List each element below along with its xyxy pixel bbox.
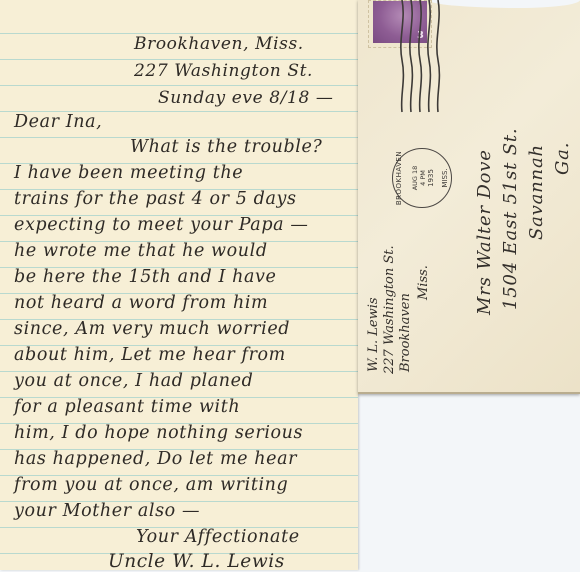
letter-line: you at once, I had planed <box>14 371 253 391</box>
postmark-time: 4 PM <box>419 149 427 207</box>
letter-line: be here the 15th and I have <box>14 267 276 287</box>
postmark-date: AUG 18 <box>411 149 419 207</box>
recipient-name: Mrs Walter Dove <box>474 149 495 315</box>
letter-heading-city: Brookhaven, Miss. <box>134 34 304 54</box>
envelope: 3 BROOKHAVEN AUG 18 4 PM 1935 MISS. W. L… <box>358 0 580 394</box>
torn-edge <box>428 0 580 8</box>
letter-line: I have been meeting the <box>14 163 243 183</box>
letter-line: expecting to meet your Papa — <box>14 215 308 235</box>
letter-line: trains for the past 4 or 5 days <box>14 189 297 209</box>
cancellation-wavy-lines-icon <box>398 0 448 115</box>
postmark-city: BROOKHAVEN <box>395 149 403 207</box>
letter-signature: Uncle W. L. Lewis <box>108 551 285 572</box>
letter-line: about him, Let me hear from <box>14 345 286 365</box>
recipient-city: Savannah <box>526 144 547 240</box>
letter-line: for a pleasant time with <box>14 397 240 417</box>
recipient-street: 1504 East 51st St. <box>500 128 521 310</box>
return-address-street: 227 Washington St. <box>382 245 397 374</box>
return-address-city: Brookhaven <box>398 293 413 372</box>
recipient-state: Ga. <box>552 142 573 175</box>
letter-salutation: Dear Ina, <box>14 112 102 132</box>
postmark-year: 1935 <box>427 149 435 207</box>
letter-line: since, Am very much worried <box>14 319 290 339</box>
return-address-state: Miss. <box>416 265 431 300</box>
letter-line: from you at once, am writing <box>14 475 288 495</box>
letter-line: your Mother also — <box>14 501 200 521</box>
handwritten-letter: Brookhaven, Miss. 227 Washington St. Sun… <box>0 0 358 570</box>
letter-line: What is the trouble? <box>130 137 322 157</box>
letter-line: him, I do hope nothing serious <box>14 423 303 443</box>
postmark-state: MISS. <box>441 149 449 207</box>
letter-closing: Your Affectionate <box>136 527 300 547</box>
postmark: BROOKHAVEN AUG 18 4 PM 1935 MISS. <box>392 148 452 208</box>
letter-heading-street: 227 Washington St. <box>134 61 313 81</box>
letter-line: has happened, Do let me hear <box>14 449 297 469</box>
letter-line: he wrote me that he would <box>14 241 268 261</box>
letter-heading-date: Sunday eve 8/18 — <box>158 88 333 108</box>
return-address-name: W. L. Lewis <box>366 297 381 372</box>
letter-line: not heard a word from him <box>14 293 268 313</box>
